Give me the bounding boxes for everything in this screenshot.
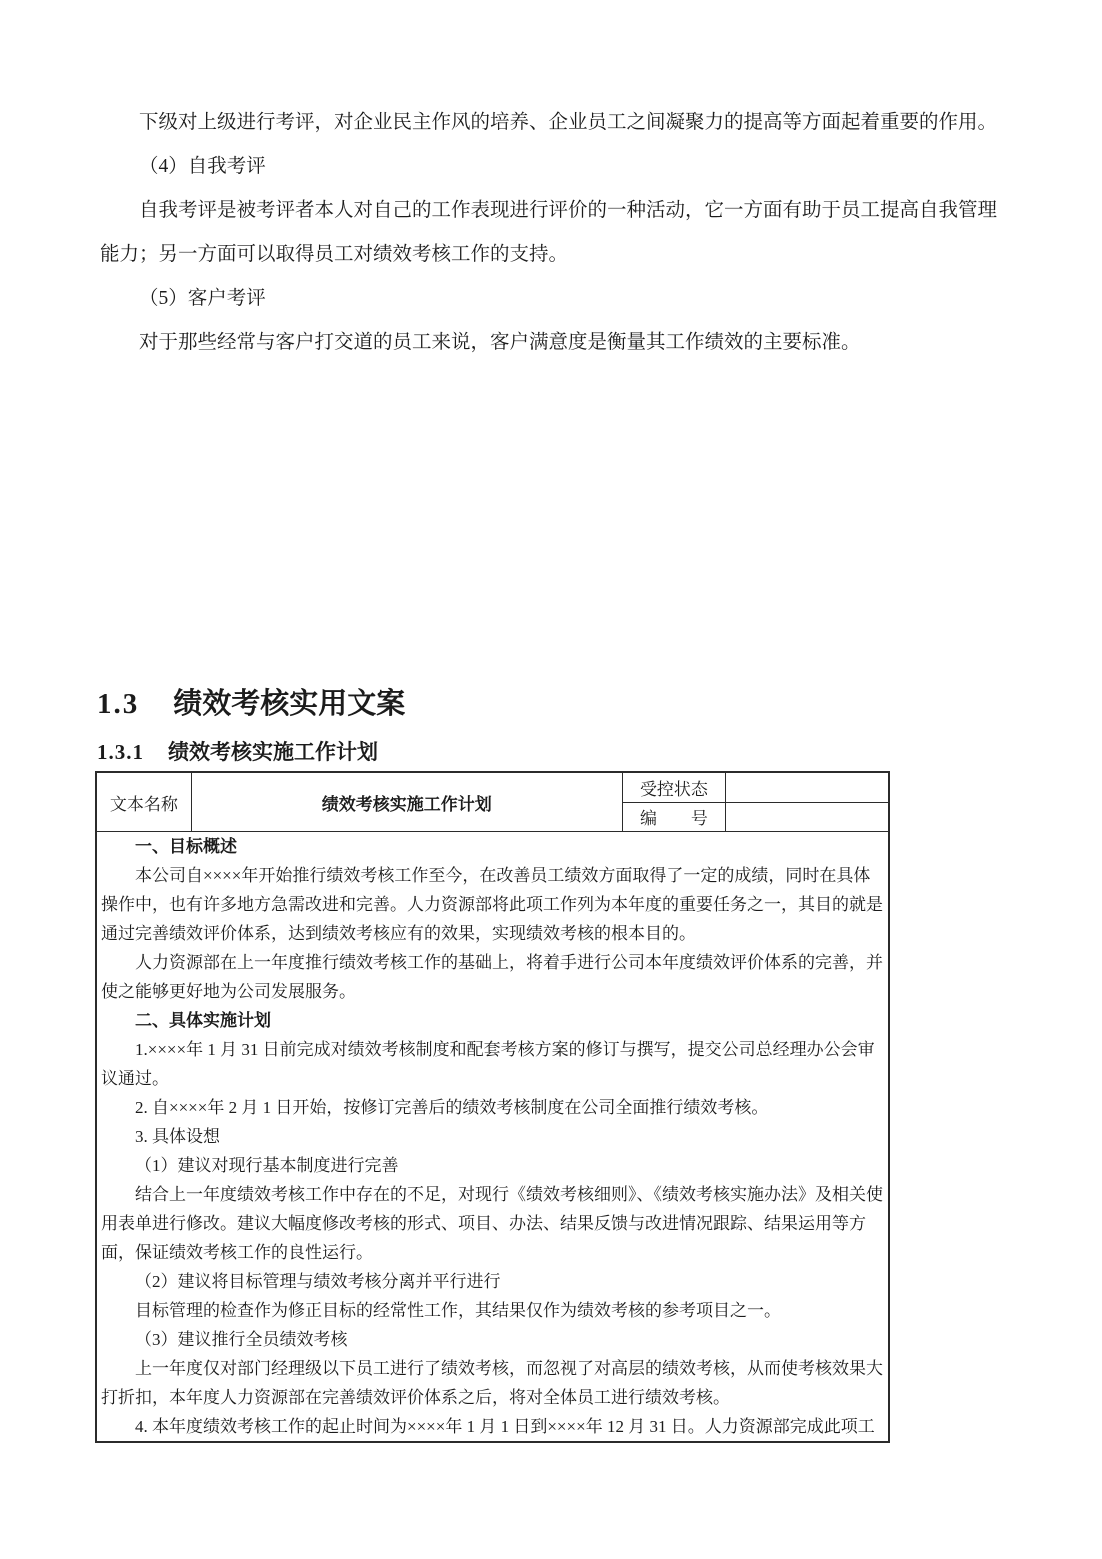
doc-paragraph: 目标管理的检查作为修正目标的经常性工作，其结果仅作为绩效考核的参考项目之一。 — [101, 1296, 884, 1325]
doc-paragraph: 1.××××年 1 月 31 日前完成对绩效考核制度和配套考核方案的修订与撰写，… — [101, 1035, 884, 1093]
subsection-heading: 1.3.1绩效考核实施工作计划 — [97, 737, 378, 768]
document-page: { "page": { "background": "#ffffff", "te… — [0, 0, 1102, 1559]
section-title: 绩效考核实用文案 — [173, 688, 405, 720]
subsection-number: 1.3.1 — [97, 740, 144, 764]
section-heading: 1.3绩效考核实用文案 — [97, 684, 405, 724]
controlled-status-label-cell: 受控状态 — [622, 772, 725, 802]
table-header-row-1: 文本名称 绩效考核实施工作计划 受控状态 — [96, 772, 889, 802]
doc-body-text: 一、目标概述本公司自××××年开始推行绩效考核工作至今，在改善员工绩效方面取得了… — [101, 832, 884, 1441]
doc-paragraph: （1）建议对现行基本制度进行完善 — [101, 1151, 884, 1180]
intro-paragraph: 对于那些经常与客户打交道的员工来说，客户满意度是衡量其工作绩效的主要标准。 — [100, 321, 1002, 365]
intro-paragraph: 自我考评是被考评者本人对自己的工作表现进行评价的一种活动，它一方面有助于员工提高… — [100, 189, 1002, 277]
doc-title-cell: 绩效考核实施工作计划 — [191, 772, 622, 832]
intro-paragraph: 下级对上级进行考评，对企业民主作风的培养、企业员工之间凝聚力的提高等方面起着重要… — [100, 101, 1002, 145]
doc-paragraph: （3）建议推行全员绩效考核 — [101, 1325, 884, 1354]
doc-paragraph: 结合上一年度绩效考核工作中存在的不足，对现行《绩效考核细则》、《绩效考核实施办法… — [101, 1180, 884, 1267]
doc-name-label-cell: 文本名称 — [96, 772, 191, 832]
doc-paragraph: 人力资源部在上一年度推行绩效考核工作的基础上，将着手进行公司本年度绩效评价体系的… — [101, 948, 884, 1006]
subsection-title: 绩效考核实施工作计划 — [168, 741, 378, 764]
doc-number-value-cell — [726, 802, 889, 832]
doc-paragraph: 4. 本年度绩效考核工作的起止时间为××××年 1 月 1 日到××××年 12… — [101, 1412, 884, 1441]
doc-paragraph: 本公司自××××年开始推行绩效考核工作至今，在改善员工绩效方面取得了一定的成绩，… — [101, 861, 884, 948]
doc-paragraph: （2）建议将目标管理与绩效考核分离并平行进行 — [101, 1267, 884, 1296]
doc-body-cell: 一、目标概述本公司自××××年开始推行绩效考核工作至今，在改善员工绩效方面取得了… — [96, 832, 889, 1443]
doc-paragraph: 上一年度仅对部门经理级以下员工进行了绩效考核，而忽视了对高层的绩效考核，从而使考… — [101, 1354, 884, 1412]
doc-paragraph: 2. 自××××年 2 月 1 日开始，按修订完善后的绩效考核制度在公司全面推行… — [101, 1093, 884, 1122]
doc-paragraph: 3. 具体设想 — [101, 1122, 884, 1151]
section-number: 1.3 — [97, 688, 139, 720]
intro-text-block: 下级对上级进行考评，对企业民主作风的培养、企业员工之间凝聚力的提高等方面起着重要… — [100, 101, 1002, 365]
document-table: 文本名称 绩效考核实施工作计划 受控状态 编 号 一、目标概述本公司自××××年… — [95, 771, 890, 1443]
intro-paragraph: （5）客户考评 — [100, 277, 1002, 321]
controlled-status-value-cell — [726, 772, 889, 802]
doc-paragraph: 一、目标概述 — [101, 832, 884, 861]
intro-paragraph: （4）自我考评 — [100, 145, 1002, 189]
doc-number-label-cell: 编 号 — [622, 802, 725, 832]
table-body-row: 一、目标概述本公司自××××年开始推行绩效考核工作至今，在改善员工绩效方面取得了… — [96, 832, 889, 1443]
doc-paragraph: 二、具体实施计划 — [101, 1006, 884, 1035]
